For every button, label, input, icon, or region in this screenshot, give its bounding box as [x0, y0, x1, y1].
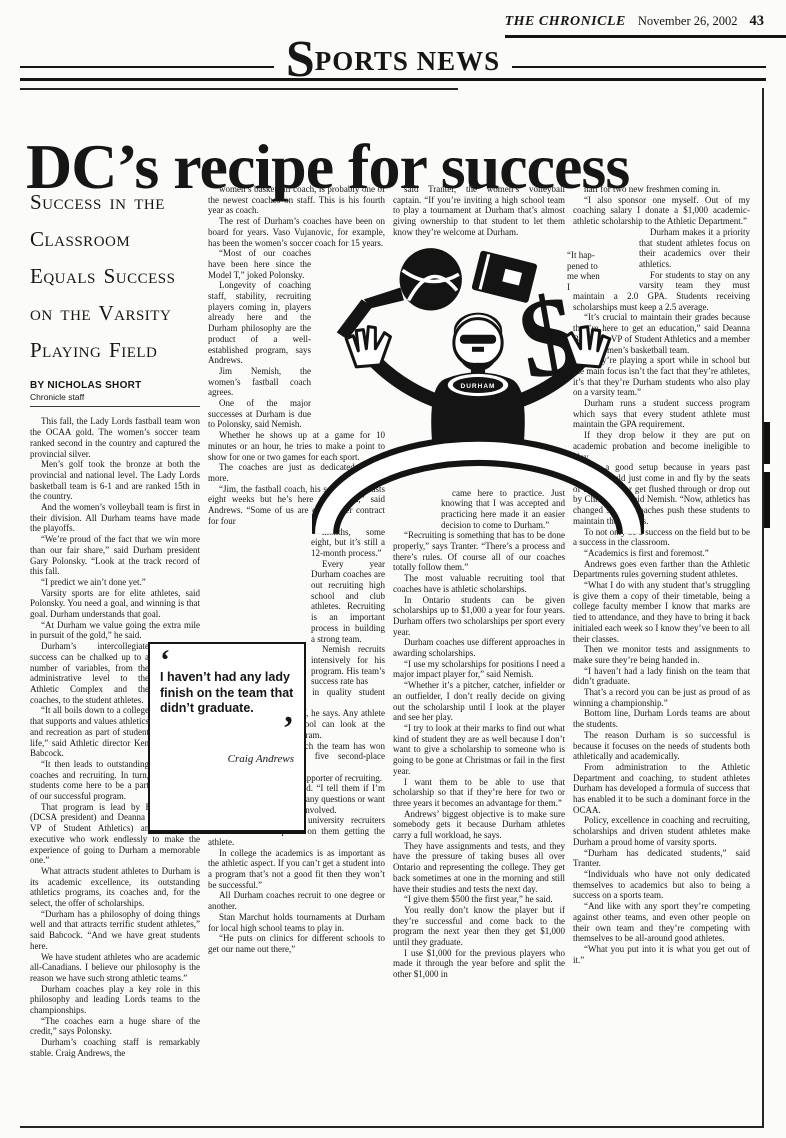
article-paragraph: half for two new freshmen coming in. — [573, 184, 750, 195]
article-paragraph: From administration to the Athletic Depa… — [573, 762, 750, 816]
article-paragraph: And the women’s volleyball team is first… — [30, 502, 200, 534]
page-number: 43 — [750, 13, 765, 29]
wrapped-text-fragment: “It hap- pened to me when I — [567, 250, 637, 293]
byline-author: BY NICHOLAS SHORT — [30, 381, 200, 392]
article-paragraph: “What you put into it is what you get ou… — [573, 944, 750, 965]
masthead: THE CHRONICLE November 26, 2002 43 — [505, 12, 764, 30]
byline-organization: Chronicle staff — [30, 392, 200, 408]
article-paragraph: “It then leads to outstanding coaches an… — [30, 759, 149, 802]
article-paragraph: “I haven’t had a lady finish on the team… — [573, 666, 750, 687]
scan-artifact — [764, 472, 770, 528]
article-paragraph: “At Durham we value going the extra mile… — [30, 620, 200, 641]
article-paragraph: “Individuals who have not only dedicated… — [573, 869, 750, 901]
article-paragraph: “He puts on clinics for different school… — [208, 933, 385, 954]
banner-rule-left — [20, 66, 274, 68]
article-paragraph: Andrews goes even farther than the Athle… — [573, 559, 750, 580]
article-paragraph: This fall, the Lady Lords fastball team … — [30, 416, 200, 459]
article-paragraph: Policy, excellence in coaching and recru… — [573, 815, 750, 847]
section-title: SPORTS NEWS — [274, 38, 512, 82]
article-paragraph: They have assignments and tests, and the… — [393, 841, 565, 895]
article-paragraph: “We’re proud of the fact that we win mor… — [30, 534, 200, 577]
article-paragraph: Andrews’ biggest objective is to make su… — [393, 809, 565, 841]
article-paragraph: I use $1,000 for the previous players wh… — [393, 948, 565, 980]
article-paragraph: Bottom line, Durham Lords teams are abou… — [573, 708, 750, 729]
article-paragraph: Durham’s intercollegiate success can be … — [30, 641, 149, 705]
article-paragraph: “Durham has dedicated students,” said Tr… — [573, 848, 750, 869]
open-quote-icon: ‘ — [160, 652, 294, 670]
article-paragraph: “What I do with any student that’s strug… — [573, 580, 750, 644]
article-paragraph: Longevity of coaching staff, stability, … — [208, 280, 311, 366]
newspaper-name: THE CHRONICLE — [505, 14, 626, 29]
article-frame-right — [762, 88, 764, 1128]
article-frame-bottom — [20, 1126, 764, 1128]
article-paragraph: “Academics is first and foremost.” — [573, 548, 750, 559]
article-frame-top — [20, 88, 458, 90]
article-paragraph: Nemish recruits intensively for his prog… — [311, 644, 385, 687]
scan-artifact — [764, 422, 770, 464]
article-paragraph: “I use my scholarships for positions I n… — [393, 659, 565, 680]
article-paragraph: “I also sponsor one myself. Out of my co… — [573, 195, 750, 227]
article-paragraph: I want them to be able to use that schol… — [393, 777, 565, 809]
article-paragraph: Men’s golf took the bronze at both the p… — [30, 459, 200, 502]
juggler-head — [454, 313, 502, 371]
article-paragraph: “I give them $500 the first year,” he sa… — [393, 894, 565, 905]
jersey-text: DURHAM — [461, 383, 496, 390]
article-paragraph: said Tranter, the women’s volleyball cap… — [393, 184, 565, 238]
article-paragraph: Durham coaches use different approaches … — [393, 637, 565, 658]
article-paragraph: “I try to look at their marks to find ou… — [393, 723, 565, 777]
article-paragraph: All Durham coaches recruit to one degree… — [208, 890, 385, 911]
banner-bottom-rule — [20, 78, 766, 81]
article-paragraph: “It all boils down to a college that sup… — [30, 705, 149, 759]
close-quote-icon: ’ — [160, 717, 294, 741]
pull-quote-attribution: Craig Andrews — [160, 753, 294, 765]
issue-date: November 26, 2002 — [638, 14, 738, 28]
article-paragraph: One of the major successes at Durham is … — [208, 398, 311, 430]
article-paragraph: The most valuable recruiting tool that c… — [393, 573, 565, 594]
article-paragraph: What attracts student athletes to Durham… — [30, 866, 200, 909]
article-paragraph: “I predict we ain’t done yet.” — [30, 577, 200, 588]
article-paragraph: “Most of our coaches have been here sinc… — [208, 248, 311, 280]
article-paragraph: Jim Nemish, the women’s fastball coach a… — [208, 366, 311, 398]
dome-arc — [324, 451, 632, 534]
article-paragraph: Stan Marchut holds tournaments at Durham… — [208, 912, 385, 933]
article-paragraph: Every year Durham coaches are out recrui… — [311, 559, 385, 645]
section-banner: SPORTS NEWS — [20, 38, 766, 82]
article-paragraph: In Ontario students can be given scholar… — [393, 595, 565, 638]
banner-rule-right — [512, 66, 766, 68]
article-paragraph: We have student athletes who are academi… — [30, 952, 200, 984]
article-paragraph: You really don’t know the player but if … — [393, 905, 565, 948]
article-paragraph: “Recruiting is something that has to be … — [393, 530, 565, 573]
section-title-rest: PORTS NEWS — [315, 46, 500, 76]
basketball-icon — [400, 248, 462, 310]
article-paragraph: “Whether it’s a pitcher, catcher, infiel… — [393, 680, 565, 723]
article-paragraph: “And like with any sport they’re competi… — [573, 901, 750, 944]
article-paragraph: Durham’s coaching staff is remarkably st… — [30, 1037, 200, 1058]
pull-quote-text: I haven’t had any lady finish on the tea… — [160, 670, 294, 717]
article-paragraph: Durham coaches play a key role in this p… — [30, 984, 200, 1016]
article-paragraph: Then we monitor tests and assignments to… — [573, 644, 750, 665]
article-deck: Success in the Classroom Equals Success … — [30, 184, 200, 369]
article-paragraph: “Durham has a philosophy of doing things… — [30, 909, 200, 952]
article-paragraph: Varsity sports are for elite athletes, s… — [30, 588, 200, 620]
article-paragraph: “The coaches earn a huge share of the cr… — [30, 1016, 200, 1037]
article-paragraph: In college the academics is as important… — [208, 848, 385, 891]
article-paragraph: The reason Durham is so successful is be… — [573, 730, 750, 762]
pull-quote-box: ‘ I haven’t had any lady finish on the t… — [148, 642, 306, 834]
juggler-left-arm — [346, 327, 435, 400]
article-paragraph: women’s basketball coach, is probably on… — [208, 184, 385, 216]
article-paragraph: That’s a record you can be just as proud… — [573, 687, 750, 708]
